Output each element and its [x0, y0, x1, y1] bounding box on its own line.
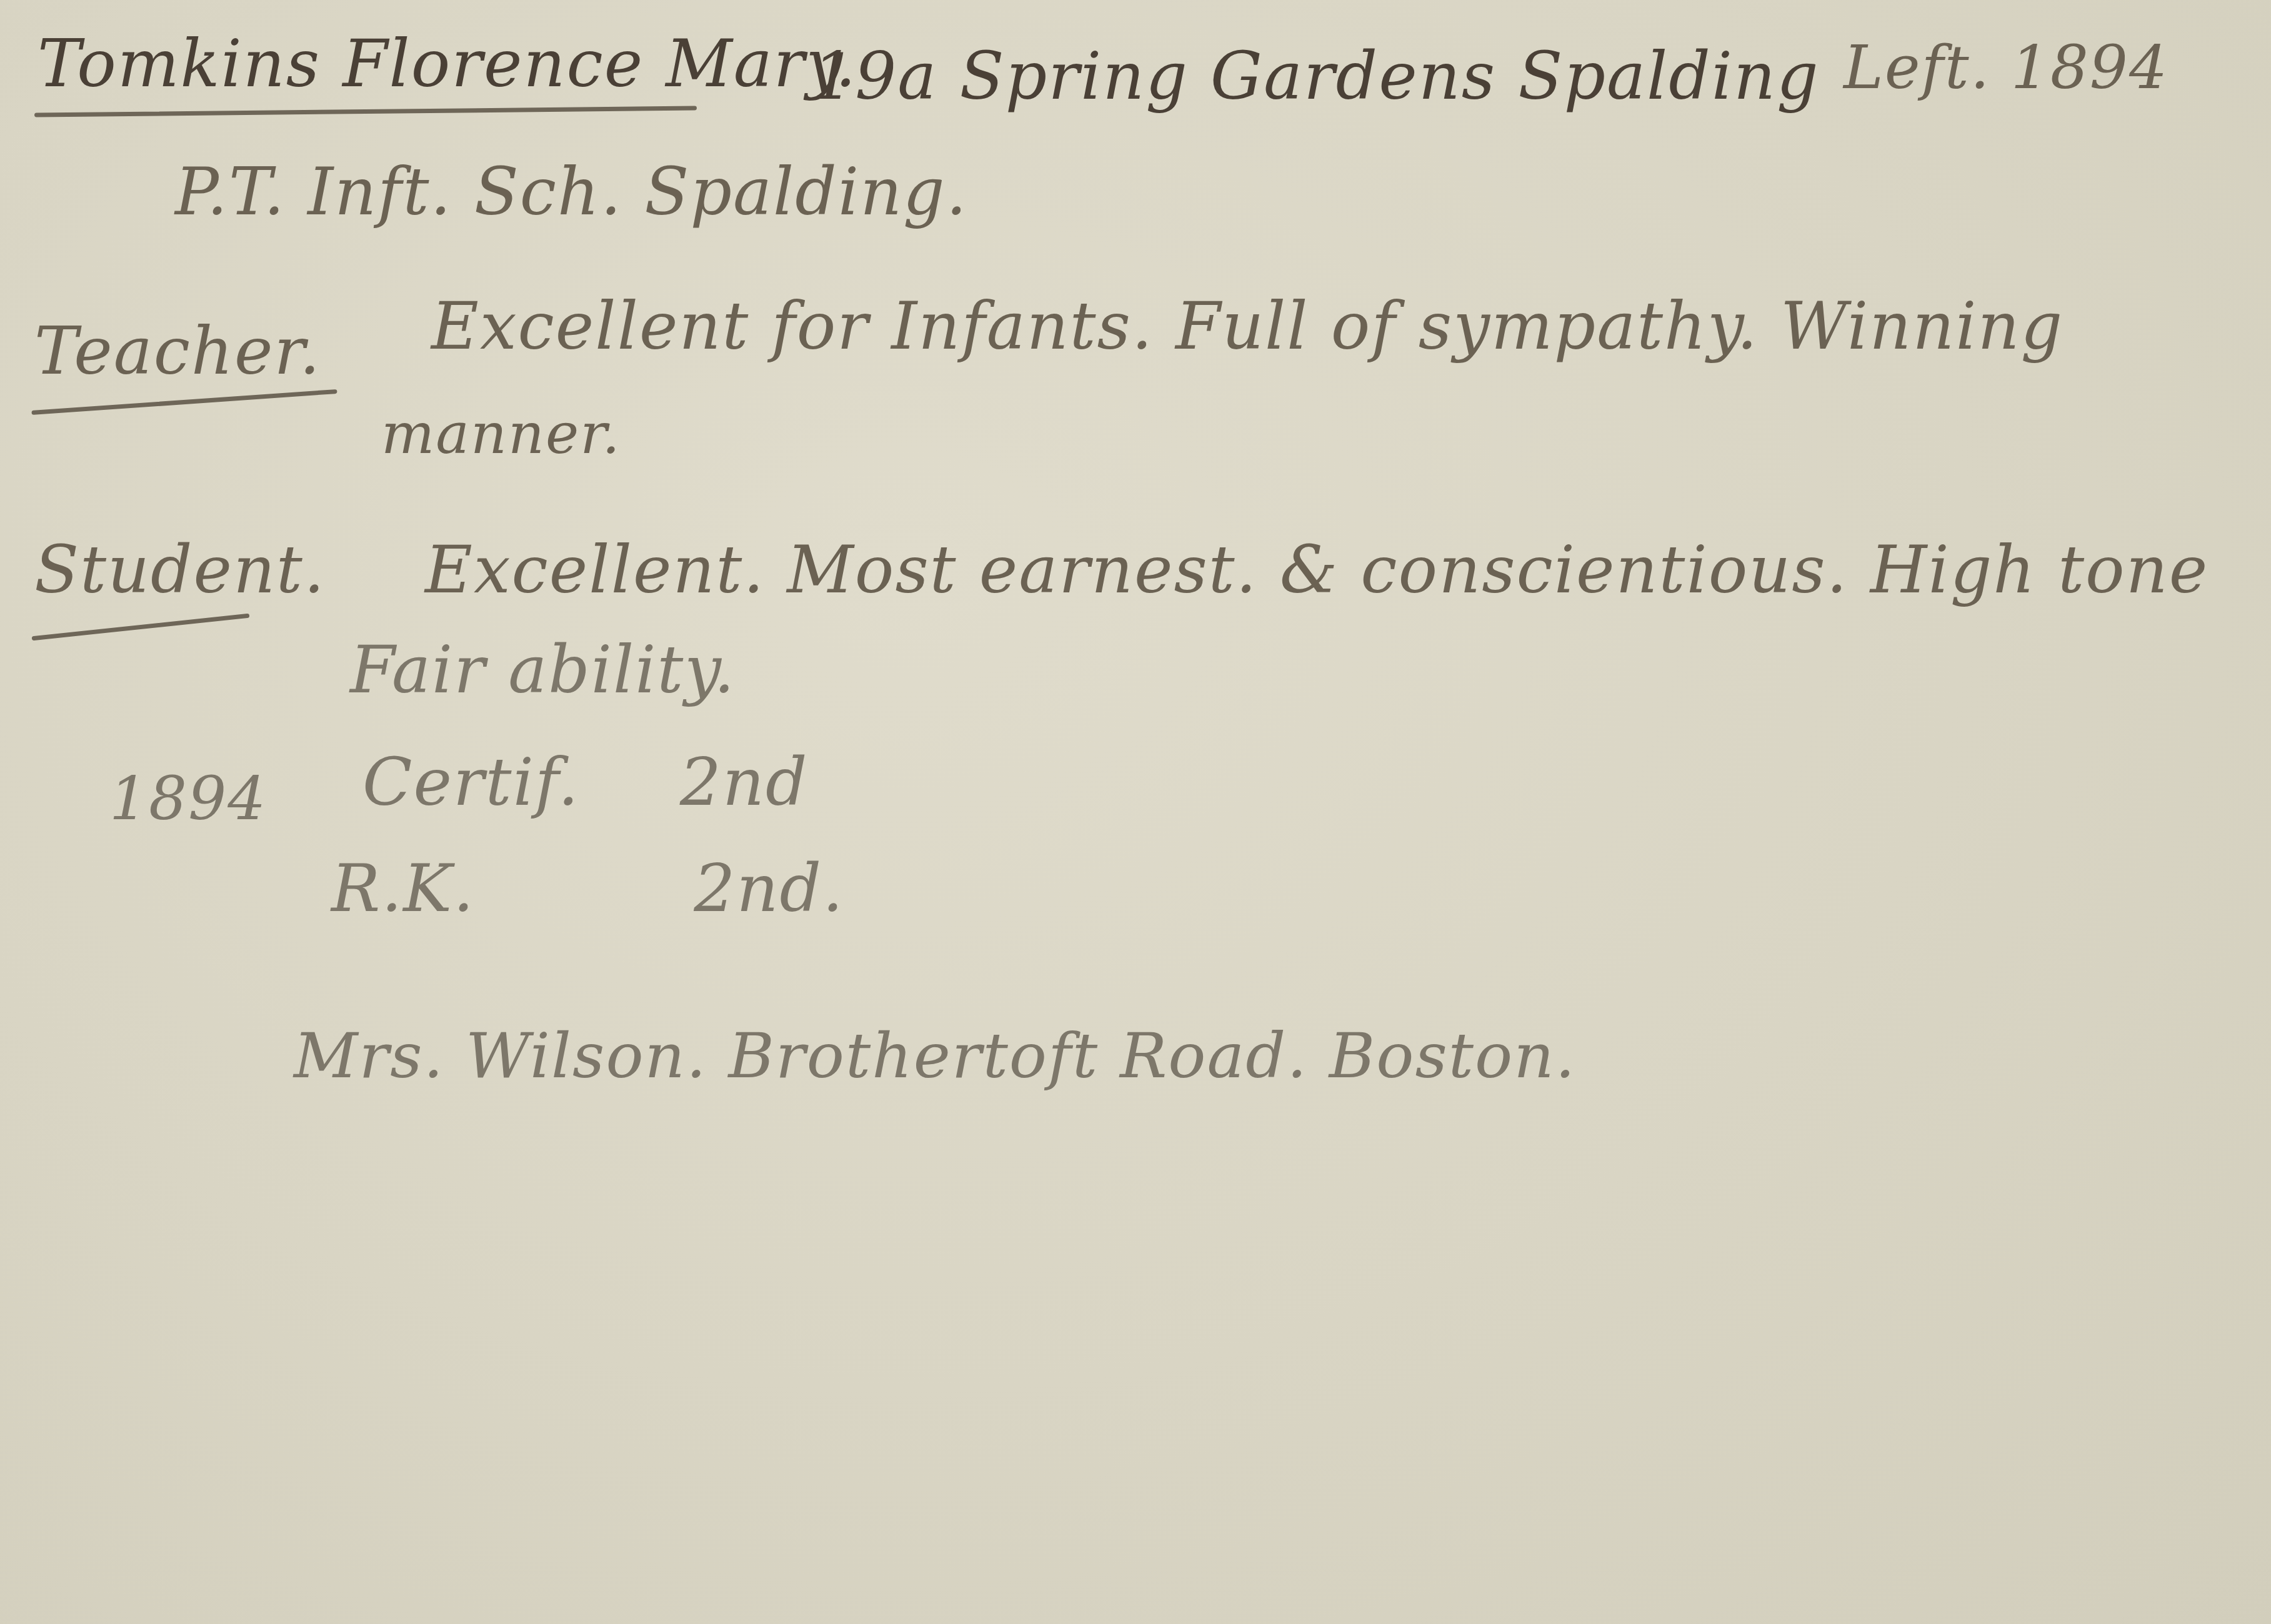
teacher-assessment-line-1: Excellent for Infants. Full of sympathy.… [431, 294, 2064, 359]
home-address: 19a Spring Gardens Spalding [812, 44, 1820, 109]
record-card: Tomkins Florence Mary. 19a Spring Garden… [0, 0, 2271, 1624]
date-left: Left. 1894 [1844, 37, 2169, 97]
certificate-subject: Certif. [362, 744, 580, 820]
teacher-underline [31, 389, 337, 415]
student-assessment-line-2: Fair ability. [350, 637, 736, 702]
student-name: Tomkins Florence Mary. [37, 31, 857, 96]
certificate-grade: 2nd [680, 744, 809, 820]
school-placement: P.T. Inft. Sch. Spalding. [175, 159, 968, 224]
certificate-row: R.K. 2nd. [331, 856, 844, 921]
student-assessment-line-1: Excellent. Most earnest. & conscientious… [425, 537, 2209, 602]
student-label: Student. [34, 537, 326, 602]
certificate-row: Certif. 2nd [362, 750, 809, 815]
certificate-year: 1894 [109, 769, 267, 829]
certificate-subject: R.K. [331, 850, 475, 927]
reference-contact: Mrs. Wilson. Brothertoft Road. Boston. [294, 1025, 1576, 1087]
teacher-assessment-line-2: manner. [381, 406, 621, 462]
name-underline [34, 106, 697, 117]
teacher-label: Teacher. [34, 319, 321, 384]
student-underline [32, 614, 250, 641]
certificate-grade: 2nd. [694, 850, 844, 927]
